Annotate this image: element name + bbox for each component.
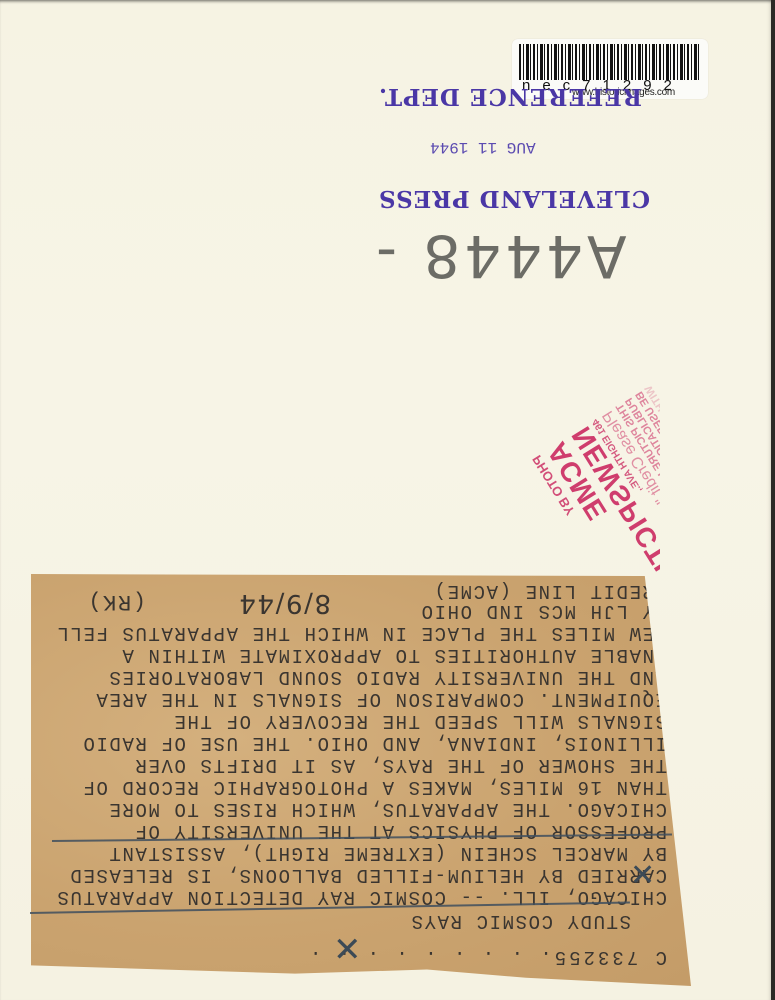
date-stamp: AUG 11 1944 xyxy=(430,138,536,156)
caption-line: CHICAGO. THE APPARATUS, WHICH RISES TO M… xyxy=(108,798,667,820)
acme-newspictures-stamp: PHOTO BY ACME NEWSPICTURES 461 EIGHTH AV… xyxy=(360,350,660,580)
caption-headline: STUDY COSMIC RAYS xyxy=(410,910,631,932)
caption-line: CHICAGO, ILL. -- COSMIC RAY DETECTION AP… xyxy=(56,886,667,908)
caption-line: FEW MILES THE PLACE IN WHICH THE APPARAT… xyxy=(56,622,667,644)
cleveland-press-stamp: CLEVELAND PRESS xyxy=(378,185,650,212)
caption-line: ENABLE AUTHORITIES TO APPROXIMATE WITHIN… xyxy=(121,644,667,666)
caption-line: AND THE UNIVERSITY RADIO SOUND LABORATOR… xyxy=(108,666,667,688)
sheet-edge-shadow xyxy=(771,0,775,1000)
caption-clipping: C 733255. . . . . . . . . STUDY COSMIC R… xyxy=(31,574,691,986)
photo-back-sheet: nec71292 www.historicimages.com REFERENC… xyxy=(0,0,775,1000)
pen-x-mark: ✕ xyxy=(333,930,362,970)
caption-dateline: 8/9/44 xyxy=(238,588,331,618)
pencil-archive-number: A4448 - xyxy=(372,222,627,290)
caption-line: ILLINOIS, INDIANA, AND OHIO. THE USE OF … xyxy=(82,732,667,754)
pen-x-mark: ✕ xyxy=(630,858,655,893)
caption-initials: (RK) xyxy=(87,589,146,614)
barcode-bars xyxy=(519,44,701,80)
caption-line: BY LJH MCS IND OHIO xyxy=(420,600,667,622)
caption-line: BY MARCEL SCHEIN (EXTREME RIGHT), ASSIST… xyxy=(108,842,667,864)
caption-line: CARRIED BY HELIUM-FILLED BALLOONS, IS RE… xyxy=(69,864,667,886)
caption-line: EQUIPMENT. COMPARISON OF SIGNALS IN THE … xyxy=(95,688,667,710)
caption-line: SIGNALS WILL SPEED THE RECOVERY OF THE xyxy=(173,710,667,732)
caption-line: THE SHOWER OF THE RAYS, AS IT DRIFTS OVE… xyxy=(134,754,667,776)
reference-dept-stamp: REFERENCE DEPT. xyxy=(378,83,642,110)
caption-line: THAN 16 MILES, MAKES A PHOTOGRAPHIC RECO… xyxy=(82,776,667,798)
caption-text: C 733255. . . . . . . . . STUDY COSMIC R… xyxy=(31,574,691,986)
caption-line: CREDIT LINE (ACME) xyxy=(433,580,667,602)
